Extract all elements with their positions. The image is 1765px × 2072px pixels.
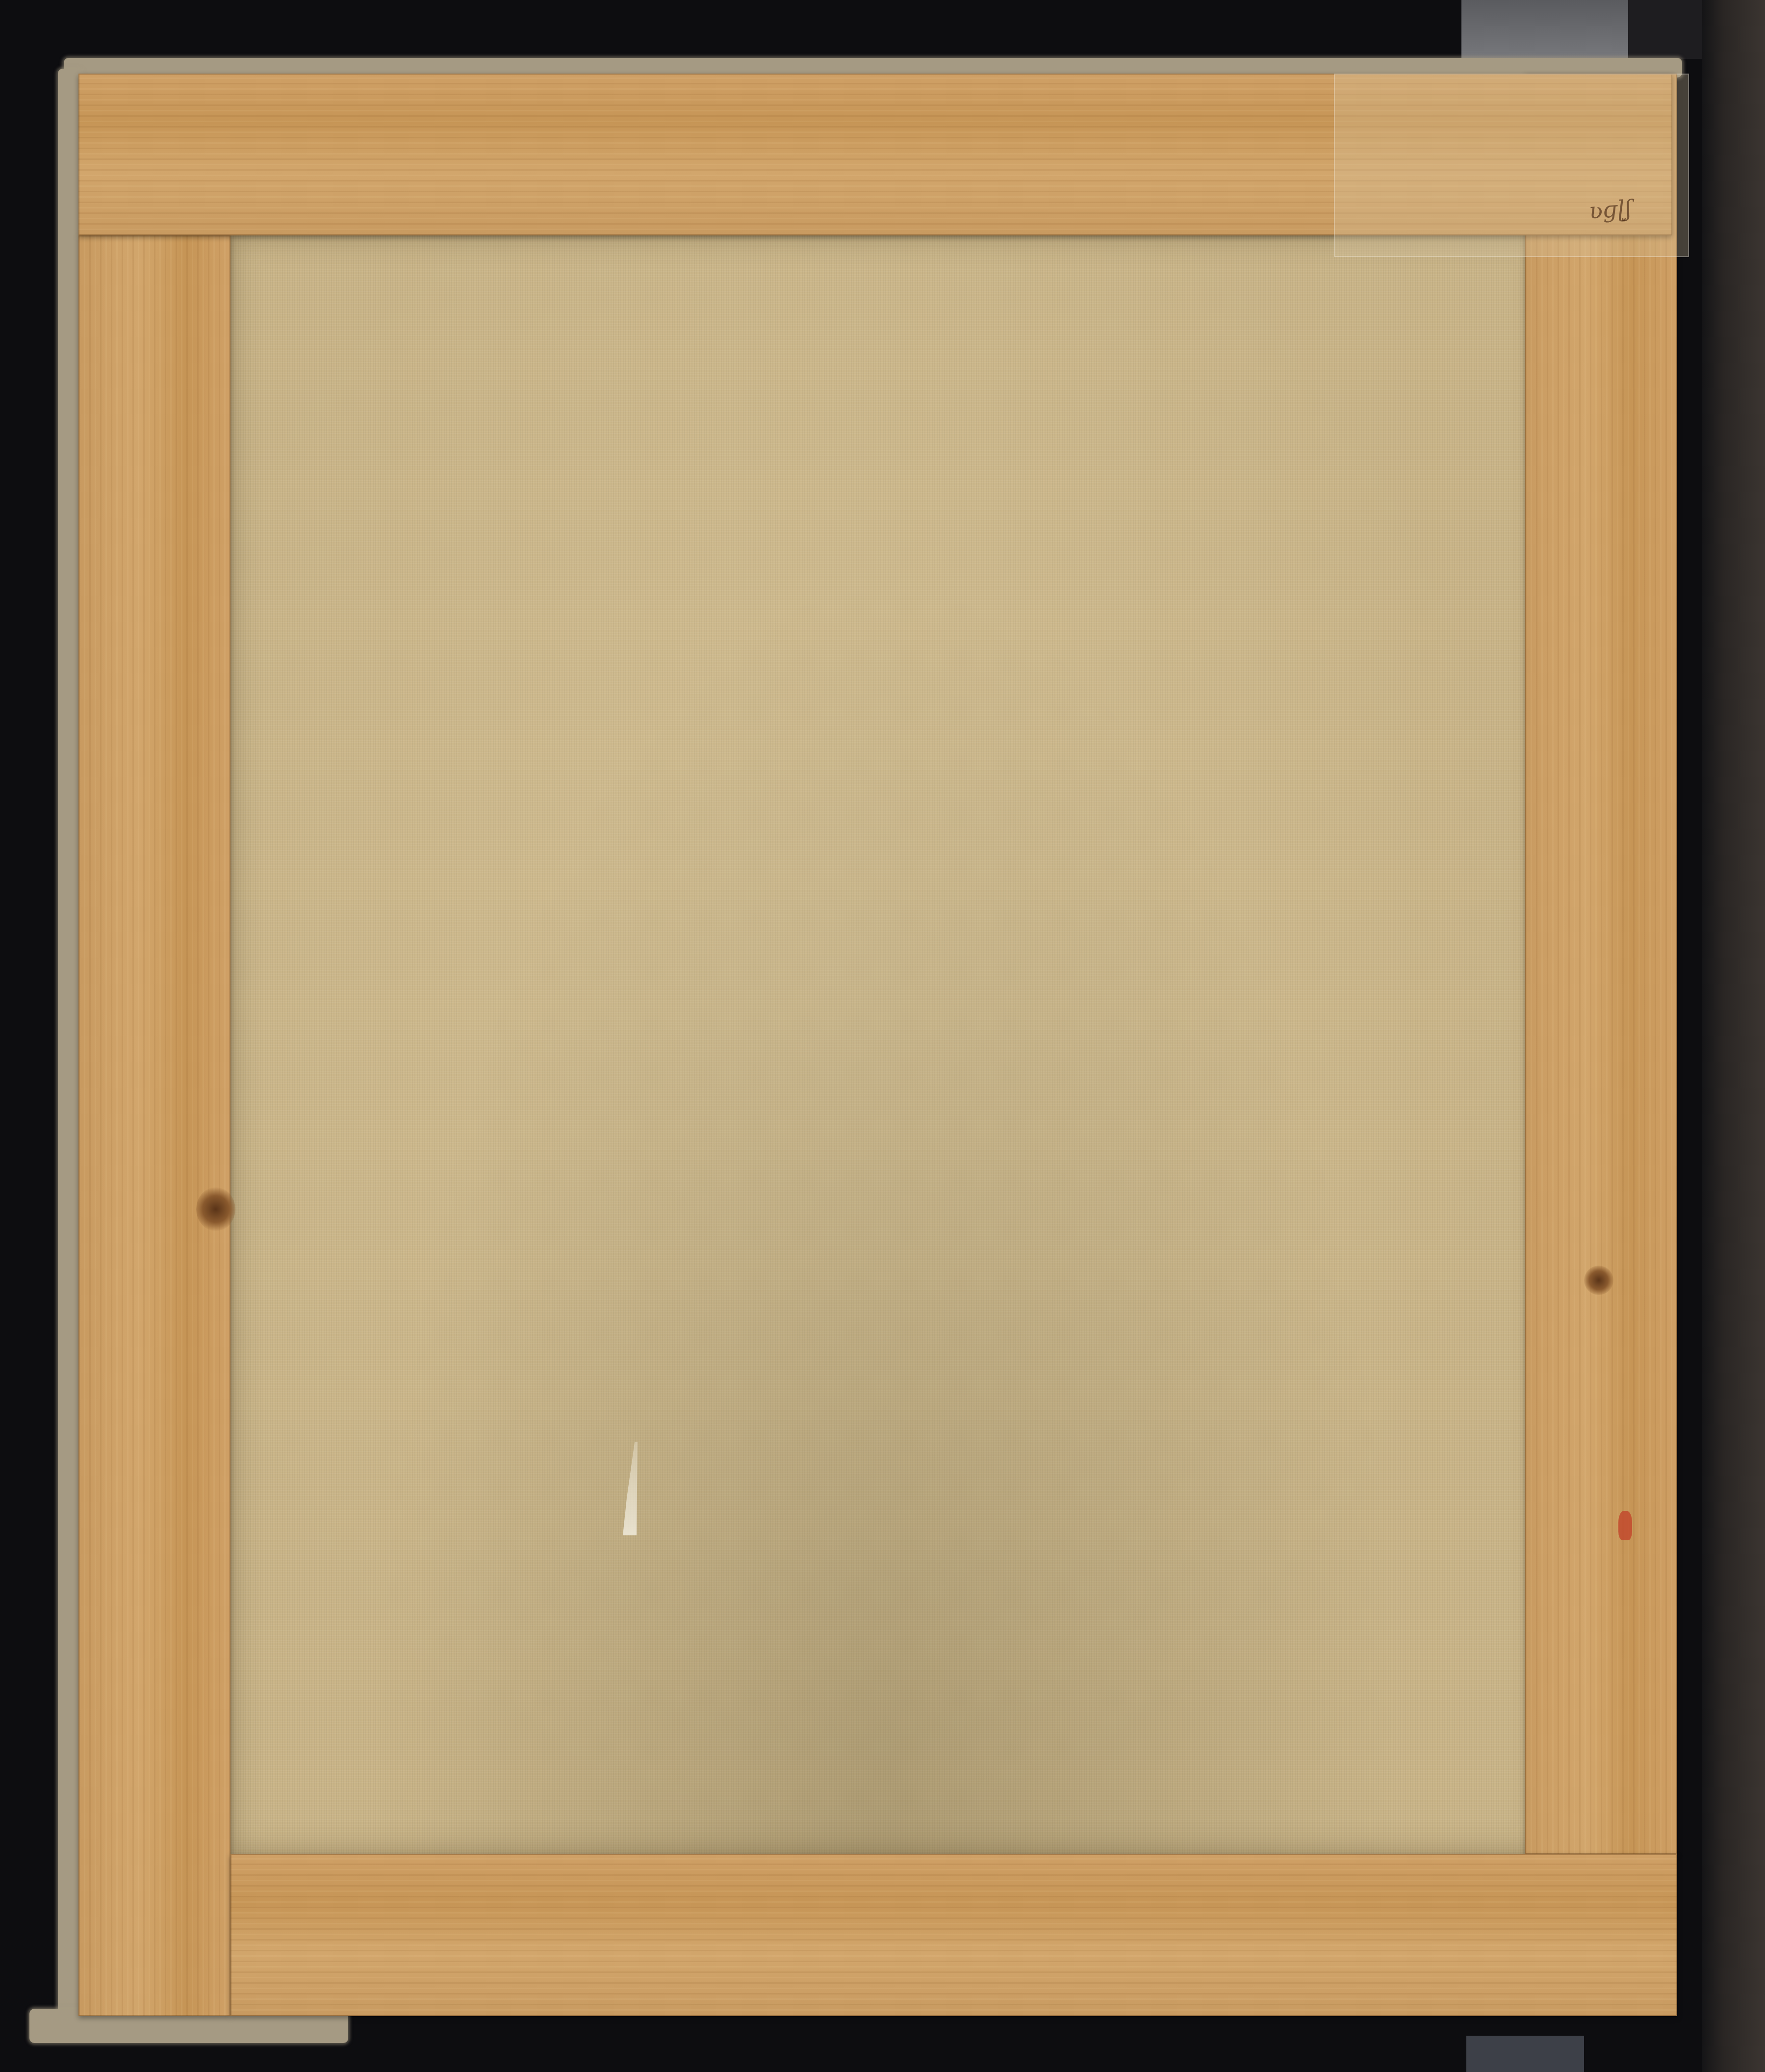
canvas-back [230, 235, 1545, 1854]
stretcher-bar-left [78, 235, 230, 2016]
gray-card-backdrop [1461, 0, 1628, 59]
stretcher-bar-bottom [230, 1854, 1677, 2016]
wood-knot-right [1584, 1266, 1613, 1295]
wood-knot-left [196, 1187, 235, 1231]
pencil-inscription: ʋɡɭʃ [1588, 195, 1632, 224]
gray-card-bottom [1466, 2036, 1584, 2072]
red-mark [1618, 1511, 1632, 1540]
dark-panel-right [1702, 0, 1765, 2072]
tape-strip [1334, 74, 1689, 257]
stretcher-bar-right [1525, 74, 1677, 1854]
